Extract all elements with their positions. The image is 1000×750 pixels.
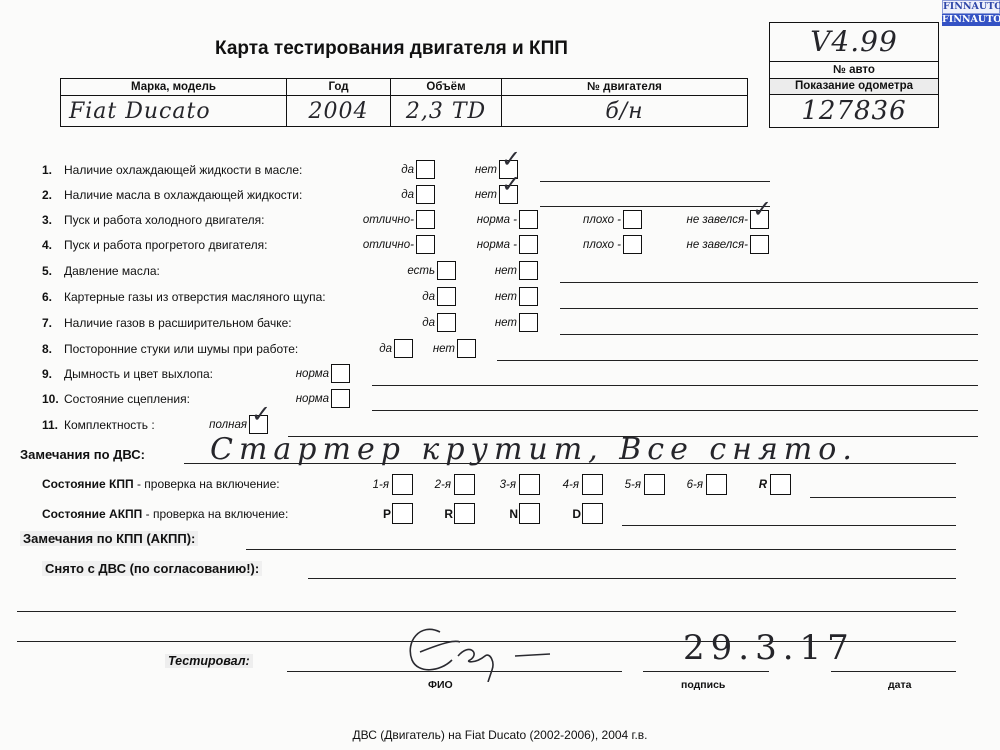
- option-checkbox[interactable]: [457, 339, 476, 358]
- column-header-volume: Объём: [391, 79, 502, 96]
- option-checkbox[interactable]: [519, 261, 538, 280]
- question-5: 5.Давление масла:: [42, 264, 160, 278]
- option-label: да: [379, 343, 392, 355]
- option-label: не завелся-: [686, 239, 748, 251]
- question-1: 1.Наличие охлаждающей жидкости в масле:: [42, 163, 302, 177]
- check-mark-icon: ✓: [251, 404, 271, 424]
- option-checkbox[interactable]: [416, 185, 435, 204]
- question-number: 7.: [42, 316, 64, 330]
- option-label: нет: [495, 265, 517, 277]
- question-number: 1.: [42, 163, 64, 177]
- notes-line[interactable]: [540, 206, 770, 207]
- option-checkbox[interactable]: [519, 287, 538, 306]
- gear-checkbox[interactable]: [706, 474, 727, 495]
- question-text: Состояние сцепления:: [64, 392, 190, 406]
- question-text: Пуск и работа холодного двигателя:: [64, 213, 264, 227]
- question-text: Посторонние стуки или шумы при работе:: [64, 342, 298, 356]
- check-mark-icon: ✓: [501, 174, 521, 194]
- option-label: норма: [296, 393, 329, 405]
- notes-line[interactable]: [497, 360, 978, 361]
- notes-line[interactable]: [560, 282, 978, 283]
- removed-line[interactable]: [308, 578, 956, 579]
- signature-line[interactable]: [643, 671, 769, 672]
- gear-checkbox[interactable]: [644, 474, 665, 495]
- option-checkbox[interactable]: [437, 287, 456, 306]
- option-label: отлично-: [363, 214, 414, 226]
- option-checkbox[interactable]: [519, 235, 538, 254]
- check-mark-icon: ✓: [752, 199, 772, 219]
- removed-label: Снято с ДВС (по согласованию!):: [42, 561, 262, 576]
- notes-line[interactable]: [372, 385, 978, 386]
- odometer-label: Показание одометра: [770, 79, 938, 95]
- column-header-year: Год: [287, 79, 391, 96]
- question-11: 11.Комплектность :: [42, 418, 155, 432]
- auto-gearbox-label-bold: Состояние АКПП: [42, 507, 142, 521]
- vehicle-info-table: Марка, модель Год Объём № двигателя Fiat…: [60, 78, 748, 127]
- question-text: Наличие газов в расширительном бачке:: [64, 316, 292, 330]
- option-label: есть: [407, 265, 435, 277]
- notes-line[interactable]: [372, 410, 978, 411]
- notes-line[interactable]: [560, 308, 978, 309]
- question-6: 6.Картерные газы из отверстия масляного …: [42, 290, 326, 304]
- gear-label: 5-я: [625, 479, 641, 491]
- option-checkbox[interactable]: [623, 210, 642, 229]
- year-value: 2004: [287, 96, 391, 127]
- gear-label: 2-я: [435, 479, 451, 491]
- auto-gear-label: P: [383, 507, 391, 521]
- option-label: отлично-: [363, 239, 414, 251]
- question-text: Давление масла:: [64, 264, 160, 278]
- option-label: норма -: [477, 239, 517, 251]
- option-label: да: [422, 317, 435, 329]
- option-checkbox[interactable]: [394, 339, 413, 358]
- option-checkbox[interactable]: [416, 210, 435, 229]
- gearbox-notes-line: [810, 497, 956, 498]
- tested-by-label: Тестировал:: [165, 654, 253, 668]
- gear-label: R: [759, 479, 767, 491]
- question-text: Наличие охлаждающей жидкости в масле:: [64, 163, 302, 177]
- question-number: 5.: [42, 264, 64, 278]
- engine-remarks-label: Замечания по ДВС:: [20, 447, 145, 462]
- question-3: 3.Пуск и работа холодного двигателя:: [42, 213, 264, 227]
- question-number: 3.: [42, 213, 64, 227]
- auto-gear-checkbox[interactable]: [392, 503, 413, 524]
- gear-checkbox[interactable]: [582, 474, 603, 495]
- odometer-value: 127836: [770, 95, 938, 127]
- gearbox-label-bold: Состояние КПП: [42, 477, 134, 491]
- option-label: да: [401, 189, 414, 201]
- question-4: 4.Пуск и работа прогретого двигателя:: [42, 238, 268, 252]
- gear-label: 6-я: [687, 479, 703, 491]
- question-text: Наличие масла в охлаждающей жидкости:: [64, 188, 302, 202]
- gear-checkbox[interactable]: [770, 474, 791, 495]
- option-label: да: [422, 291, 435, 303]
- auto-gearbox-label-rest: - проверка на включение:: [142, 507, 288, 521]
- signature-scribble: [400, 612, 560, 682]
- question-number: 9.: [42, 367, 64, 381]
- option-checkbox[interactable]: [750, 235, 769, 254]
- gear-checkbox[interactable]: [454, 474, 475, 495]
- auto-gear-checkbox[interactable]: [582, 503, 603, 524]
- question-number: 4.: [42, 238, 64, 252]
- column-header-engine-number: № двигателя: [502, 79, 748, 96]
- date-value: 29.3.17: [683, 628, 855, 668]
- option-checkbox[interactable]: [416, 235, 435, 254]
- option-label: да: [401, 164, 414, 176]
- option-label: плохо -: [583, 214, 621, 226]
- auto-gear-checkbox[interactable]: [454, 503, 475, 524]
- option-label: нет: [475, 164, 497, 176]
- auto-gear-checkbox[interactable]: [519, 503, 540, 524]
- gear-label: 3-я: [500, 479, 516, 491]
- question-number: 6.: [42, 290, 64, 304]
- notes-line[interactable]: [560, 334, 978, 335]
- question-number: 8.: [42, 342, 64, 356]
- question-7: 7.Наличие газов в расширительном бачке:: [42, 316, 292, 330]
- volume-value: 2,3 TD: [391, 96, 502, 127]
- option-checkbox[interactable]: [416, 160, 435, 179]
- question-text: Пуск и работа прогретого двигателя:: [64, 238, 268, 252]
- gear-label: 4-я: [563, 479, 579, 491]
- gearbox-label: Состояние КПП - проверка на включение:: [42, 477, 280, 491]
- gearbox-remarks-line[interactable]: [246, 549, 956, 550]
- auto-odometer-box: V4.99 № авто Показание одометра 127836: [769, 22, 939, 128]
- watermark-text: FINNAUTOPARTS: [942, 14, 1000, 26]
- date-line[interactable]: [831, 671, 956, 672]
- page-title: Карта тестирования двигателя и КПП: [215, 38, 568, 60]
- option-checkbox[interactable]: [437, 313, 456, 332]
- question-10: 10.Состояние сцепления:: [42, 392, 190, 406]
- auto-gear-label: D: [572, 507, 581, 521]
- option-checkbox[interactable]: [331, 364, 350, 383]
- auto-number-label: № авто: [770, 62, 938, 79]
- option-checkbox[interactable]: [437, 261, 456, 280]
- question-number: 11.: [42, 418, 64, 432]
- question-text: Картерные газы из отверстия масляного щу…: [64, 290, 326, 304]
- option-label: нет: [433, 343, 455, 355]
- gear-checkbox[interactable]: [392, 474, 413, 495]
- gear-label: 1-я: [373, 479, 389, 491]
- auto-gearbox-notes-line: [622, 525, 956, 526]
- question-text: Комплектность :: [64, 418, 155, 432]
- question-text: Дымность и цвет выхлопа:: [64, 367, 213, 381]
- option-label: норма: [296, 368, 329, 380]
- engine-remarks-value[interactable]: Стартер крутит, Все снято.: [210, 432, 858, 467]
- signature-caption: подпись: [681, 679, 725, 691]
- option-label: нет: [495, 291, 517, 303]
- engine-number-value: б/н: [502, 96, 748, 127]
- auto-gear-label: N: [509, 507, 518, 521]
- option-label: полная: [209, 419, 247, 431]
- option-checkbox[interactable]: [331, 389, 350, 408]
- make-model-value: Fiat Ducato: [61, 96, 287, 127]
- option-label: не завелся-: [686, 214, 748, 226]
- option-label: нет: [495, 317, 517, 329]
- gearbox-label-rest: - проверка на включение:: [134, 477, 280, 491]
- image-caption: ДВС (Двигатель) на Fiat Ducato (2002-200…: [0, 728, 1000, 742]
- question-8: 8.Посторонние стуки или шумы при работе:: [42, 342, 298, 356]
- column-header-make-model: Марка, модель: [61, 79, 287, 96]
- check-mark-icon: ✓: [501, 149, 521, 169]
- option-label: норма -: [477, 214, 517, 226]
- option-label: плохо -: [583, 239, 621, 251]
- notes-line[interactable]: [540, 181, 770, 182]
- auto-number-value: V4.99: [770, 23, 938, 62]
- gear-checkbox[interactable]: [519, 474, 540, 495]
- auto-gearbox-label: Состояние АКПП - проверка на включение:: [42, 507, 288, 521]
- option-label: нет: [475, 189, 497, 201]
- question-number: 2.: [42, 188, 64, 202]
- watermark-logo: FINNAUTOPARTS FINNAUTOPARTS: [942, 0, 1000, 26]
- option-checkbox[interactable]: [519, 313, 538, 332]
- date-caption: дата: [888, 679, 912, 691]
- question-number: 10.: [42, 392, 64, 406]
- auto-gear-label: R: [444, 507, 453, 521]
- question-9: 9.Дымность и цвет выхлопа:: [42, 367, 213, 381]
- option-checkbox[interactable]: [519, 210, 538, 229]
- question-2: 2.Наличие масла в охлаждающей жидкости:: [42, 188, 302, 202]
- watermark-text: FINNAUTOPARTS: [942, 0, 1000, 14]
- gearbox-remarks-label: Замечания по КПП (АКПП):: [20, 531, 198, 546]
- option-checkbox[interactable]: [623, 235, 642, 254]
